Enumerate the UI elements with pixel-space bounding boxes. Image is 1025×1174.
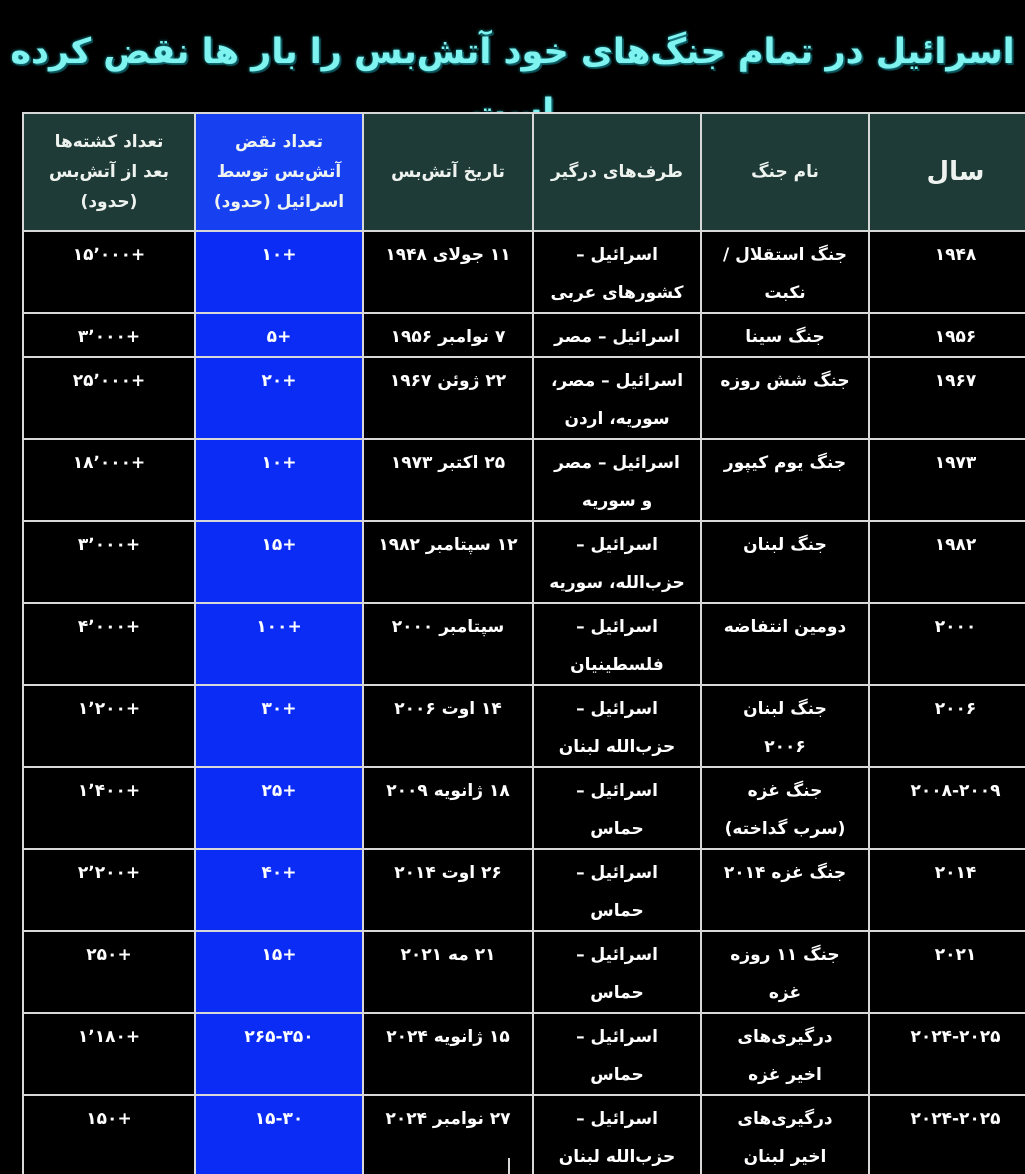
header-ceasefire-date: تاریخ آتش‌بس <box>363 113 533 231</box>
table-header-row: سال نام جنگ طرف‌های درگیر تاریخ آتش‌بس ت… <box>23 113 1025 231</box>
table-row: ۱۹۷۳ جنگ یوم کیپور اسرائیل – مصر و سوریه… <box>23 439 1025 521</box>
cell-war-name: درگیری‌های اخیر غزه <box>701 1013 869 1095</box>
cell-violations: +۲۰ <box>195 357 363 439</box>
table-row: ۲۰۲۴-۲۰۲۵ درگیری‌های اخیر غزه اسرائیل – … <box>23 1013 1025 1095</box>
cell-ceasefire-date: ۲۱ مه ۲۰۲۱ <box>363 931 533 1013</box>
cell-war-name: جنگ یوم کیپور <box>701 439 869 521</box>
cell-parties: اسرائیل – حماس <box>533 1013 701 1095</box>
divider <box>508 1158 510 1174</box>
cell-parties: اسرائیل – حزب‌الله لبنان <box>533 685 701 767</box>
cell-parties: اسرائیل – کشورهای عربی <box>533 231 701 313</box>
header-war-name: نام جنگ <box>701 113 869 231</box>
cell-killed-after: +۱۸٬۰۰۰ <box>23 439 195 521</box>
cell-violations: +۱۵ <box>195 521 363 603</box>
cell-year: ۱۹۶۷ <box>869 357 1025 439</box>
cell-violations: +۱۰۰ <box>195 603 363 685</box>
cell-ceasefire-date: ۲۶ اوت ۲۰۱۴ <box>363 849 533 931</box>
table-row: ۲۰۲۴-۲۰۲۵ درگیری‌های اخیر لبنان اسرائیل … <box>23 1095 1025 1174</box>
cell-killed-after: +۳٬۰۰۰ <box>23 313 195 357</box>
cell-ceasefire-date: ۲۵ اکتبر ۱۹۷۳ <box>363 439 533 521</box>
page-title: اسرائیل در تمام جنگ‌های خود آتش‌بس را با… <box>0 22 1025 82</box>
cell-violations: ۲۶۵-۳۵۰ <box>195 1013 363 1095</box>
cell-ceasefire-date: ۷ نوامبر ۱۹۵۶ <box>363 313 533 357</box>
cell-parties: اسرائیل – حزب‌الله لبنان <box>533 1095 701 1174</box>
cell-ceasefire-date: ۱۴ اوت ۲۰۰۶ <box>363 685 533 767</box>
cell-war-name: جنگ سینا <box>701 313 869 357</box>
cell-year: ۲۰۰۶ <box>869 685 1025 767</box>
cell-war-name: جنگ غزه ۲۰۱۴ <box>701 849 869 931</box>
table-row: ۲۰۲۱ جنگ ۱۱ روزه غزه اسرائیل – حماس ۲۱ م… <box>23 931 1025 1013</box>
cell-parties: اسرائیل – حماس <box>533 767 701 849</box>
cell-killed-after: +۲٬۲۰۰ <box>23 849 195 931</box>
cell-violations: +۳۰ <box>195 685 363 767</box>
cell-year: ۲۰۱۴ <box>869 849 1025 931</box>
cell-war-name: جنگ استقلال / نکبت <box>701 231 869 313</box>
cell-year: ۲۰۰۰ <box>869 603 1025 685</box>
cell-killed-after: +۲۵۰ <box>23 931 195 1013</box>
cell-year: ۲۰۲۱ <box>869 931 1025 1013</box>
cell-ceasefire-date: ۱۱ جولای ۱۹۴۸ <box>363 231 533 313</box>
cell-killed-after: +۴٬۰۰۰ <box>23 603 195 685</box>
cell-war-name: درگیری‌های اخیر لبنان <box>701 1095 869 1174</box>
cell-year: ۱۹۷۳ <box>869 439 1025 521</box>
cell-parties: اسرائیل – حماس <box>533 849 701 931</box>
cell-war-name: جنگ لبنان <box>701 521 869 603</box>
cell-killed-after: +۱٬۲۰۰ <box>23 685 195 767</box>
cell-war-name: دومین انتفاضه <box>701 603 869 685</box>
header-violations: تعداد نقض آتش‌بس توسط اسرائیل (حدود) <box>195 113 363 231</box>
cell-ceasefire-date: ۱۵ ژانویه ۲۰۲۴ <box>363 1013 533 1095</box>
table-row: ۱۹۴۸ جنگ استقلال / نکبت اسرائیل – کشورها… <box>23 231 1025 313</box>
cell-war-name: جنگ غزه (سرب گداخته) <box>701 767 869 849</box>
header-parties: طرف‌های درگیر <box>533 113 701 231</box>
cell-killed-after: +۲۵٬۰۰۰ <box>23 357 195 439</box>
cell-parties: اسرائیل – مصر و سوریه <box>533 439 701 521</box>
cell-parties: اسرائیل – حماس <box>533 931 701 1013</box>
table-row: ۲۰۰۰ دومین انتفاضه اسرائیل – فلسطینیان س… <box>23 603 1025 685</box>
cell-violations: +۱۰ <box>195 439 363 521</box>
cell-violations: ۱۵-۳۰ <box>195 1095 363 1174</box>
cell-parties: اسرائیل – مصر <box>533 313 701 357</box>
cell-violations: +۵ <box>195 313 363 357</box>
table-row: ۱۹۶۷ جنگ شش روزه اسرائیل – مصر، سوریه، ا… <box>23 357 1025 439</box>
cell-killed-after: +۱٬۱۸۰ <box>23 1013 195 1095</box>
cell-ceasefire-date: ۱۲ سپتامبر ۱۹۸۲ <box>363 521 533 603</box>
table-row: ۱۹۵۶ جنگ سینا اسرائیل – مصر ۷ نوامبر ۱۹۵… <box>23 313 1025 357</box>
table-row: ۱۹۸۲ جنگ لبنان اسرائیل – حزب‌الله، سوریه… <box>23 521 1025 603</box>
header-year: سال <box>869 113 1025 231</box>
cell-war-name: جنگ شش روزه <box>701 357 869 439</box>
cell-war-name: جنگ لبنان ۲۰۰۶ <box>701 685 869 767</box>
cell-year: ۱۹۵۶ <box>869 313 1025 357</box>
table-row: ۲۰۰۶ جنگ لبنان ۲۰۰۶ اسرائیل – حزب‌الله ل… <box>23 685 1025 767</box>
cell-ceasefire-date: ۱۸ ژانویه ۲۰۰۹ <box>363 767 533 849</box>
cell-parties: اسرائیل – حزب‌الله، سوریه <box>533 521 701 603</box>
cell-violations: +۲۵ <box>195 767 363 849</box>
cell-violations: +۱۵ <box>195 931 363 1013</box>
ceasefire-violations-table: سال نام جنگ طرف‌های درگیر تاریخ آتش‌بس ت… <box>22 112 1025 1174</box>
cell-violations: +۴۰ <box>195 849 363 931</box>
header-killed-after: تعداد کشته‌ها بعد از آتش‌بس (حدود) <box>23 113 195 231</box>
cell-war-name: جنگ ۱۱ روزه غزه <box>701 931 869 1013</box>
cell-parties: اسرائیل – فلسطینیان <box>533 603 701 685</box>
cell-year: ۱۹۸۲ <box>869 521 1025 603</box>
cell-year: ۲۰۲۴-۲۰۲۵ <box>869 1013 1025 1095</box>
cell-killed-after: +۱۵۰ <box>23 1095 195 1174</box>
cell-year: ۲۰۰۸-۲۰۰۹ <box>869 767 1025 849</box>
cell-ceasefire-date: سپتامبر ۲۰۰۰ <box>363 603 533 685</box>
table-row: ۲۰۱۴ جنگ غزه ۲۰۱۴ اسرائیل – حماس ۲۶ اوت … <box>23 849 1025 931</box>
cell-parties: اسرائیل – مصر، سوریه، اردن <box>533 357 701 439</box>
cell-killed-after: +۱۵٬۰۰۰ <box>23 231 195 313</box>
cell-killed-after: +۱٬۴۰۰ <box>23 767 195 849</box>
cell-year: ۲۰۲۴-۲۰۲۵ <box>869 1095 1025 1174</box>
cell-ceasefire-date: ۲۲ ژوئن ۱۹۶۷ <box>363 357 533 439</box>
cell-violations: +۱۰ <box>195 231 363 313</box>
table-row: ۲۰۰۸-۲۰۰۹ جنگ غزه (سرب گداخته) اسرائیل –… <box>23 767 1025 849</box>
cell-killed-after: +۳٬۰۰۰ <box>23 521 195 603</box>
cell-year: ۱۹۴۸ <box>869 231 1025 313</box>
